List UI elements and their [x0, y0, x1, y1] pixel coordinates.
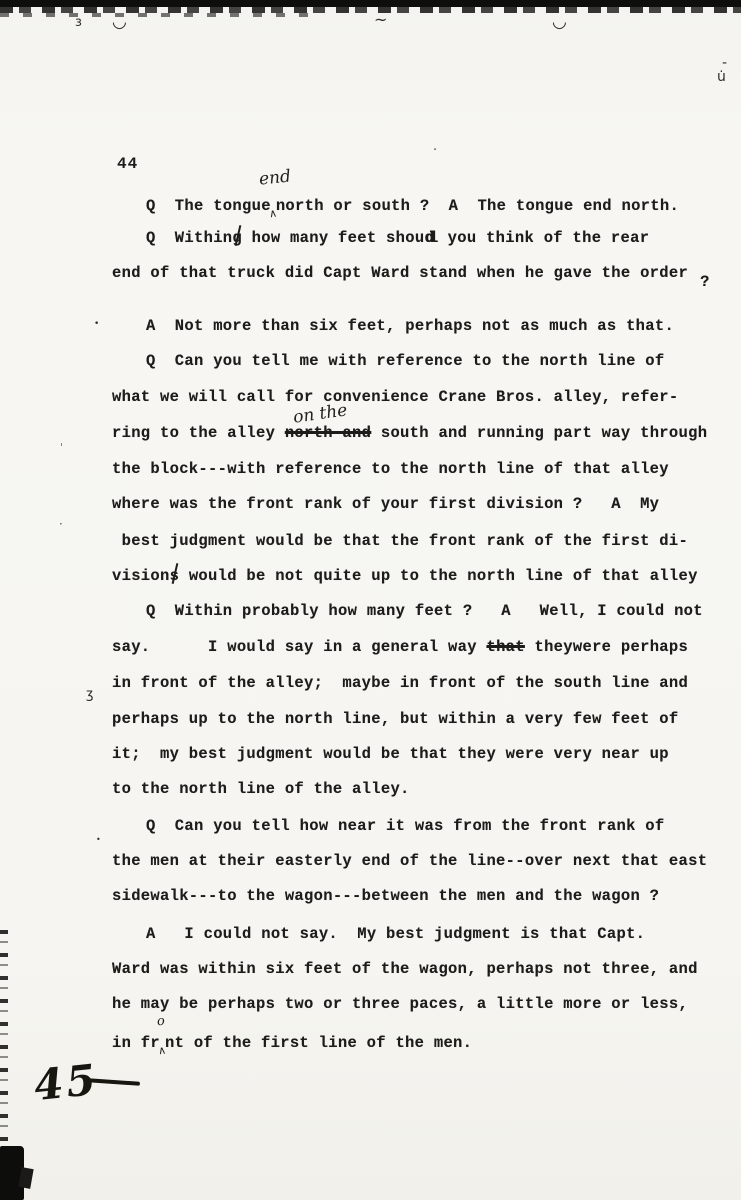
typed-text: Q The tongue	[146, 197, 271, 215]
typed-text: what we will call for convenience Crane …	[112, 388, 679, 406]
top-edge-smudge: ɜ	[75, 16, 82, 29]
stray-dot: ·	[433, 144, 437, 157]
typed-line: in front of the alley; maybe in front of…	[112, 673, 688, 693]
typed-line: the men at their easterly end of the lin…	[112, 851, 707, 871]
typed-text: south and running part way through	[371, 424, 707, 442]
typed-text: to the north line of the alley.	[112, 780, 410, 798]
typed-text: nt of the first line of the men.	[165, 1034, 472, 1052]
typed-line: Ward was within six feet of the wagon, p…	[112, 959, 698, 979]
handwritten-insertion: end∧	[271, 192, 276, 210]
struck-text-with-correction: north andon the	[285, 423, 371, 443]
typed-line: where was the front rank of your first d…	[112, 494, 659, 514]
typed-text: where was the front rank of your first d…	[112, 495, 659, 513]
top-edge-smudge: ◡	[552, 14, 567, 31]
edge-speck: ·	[59, 518, 63, 530]
handwritten-word: o	[156, 1012, 166, 1033]
typed-text: A I could not say. My best judgment is t…	[146, 925, 645, 943]
typed-line: Q Withing how many feet shoudl you think…	[146, 228, 649, 248]
corner-ink-blotch	[18, 1167, 33, 1189]
typed-line: say. I would say in a general way that t…	[112, 637, 688, 657]
typed-line: A I could not say. My best judgment is t…	[146, 924, 645, 944]
typed-text: he may be perhaps two or three paces, a …	[112, 995, 688, 1013]
handwritten-insertion: o∧	[160, 1029, 165, 1047]
typed-line: he may be perhaps two or three paces, a …	[112, 994, 688, 1014]
typed-line: Q The tongueend∧north or south ? A The t…	[146, 192, 679, 216]
typed-page-number: 44	[117, 155, 138, 173]
typed-line: in fro∧nt of the first line of the men.	[112, 1029, 472, 1053]
overstruck-text: dl	[424, 229, 432, 247]
typed-text: Q Within	[146, 229, 232, 247]
typed-line: best judgment would be that the front ra…	[112, 531, 688, 551]
handwritten-word: end	[258, 166, 292, 189]
typed-line: the block---with reference to the north …	[112, 459, 669, 479]
typed-text: Q Can you tell me with reference to the …	[146, 352, 664, 370]
margin-squiggle: ʒ	[86, 688, 94, 701]
margin-dot: •	[96, 836, 101, 844]
typed-line: Q Can you tell me with reference to the …	[146, 351, 664, 371]
typed-text: Ward was within six feet of the wagon, p…	[112, 960, 698, 978]
typed-text: perhaps up to the north line, but within…	[112, 710, 679, 728]
typed-line: ring to the alley north andon the south …	[112, 423, 707, 443]
typed-text: the block---with reference to the north …	[112, 460, 669, 478]
typed-text: would be not quite up to the north line …	[179, 567, 697, 585]
margin-dot: •	[94, 320, 99, 329]
typed-text: Q Can you tell how near it was from the …	[146, 817, 664, 835]
typed-text: best judgment would be that the front ra…	[112, 532, 688, 550]
typed-line: A Not more than six feet, perhaps not as…	[146, 316, 674, 336]
torn-paper-edge	[0, 0, 741, 7]
typed-text: end of that truck did Capt Ward stand wh…	[112, 264, 688, 282]
typed-text: in fr	[112, 1034, 160, 1052]
typed-line: to the north line of the alley.	[112, 779, 410, 799]
right-edge-dash: -	[722, 56, 727, 70]
struck-character: s	[170, 566, 180, 586]
typed-text: say. I would say in a general way	[112, 638, 486, 656]
struck-character: g	[232, 228, 242, 248]
typed-line: Q Can you tell how near it was from the …	[146, 816, 664, 836]
typed-text: the men at their easterly end of the lin…	[112, 852, 707, 870]
typed-text: it; my best judgment would be that they …	[112, 745, 669, 763]
typed-question-mark: ?	[700, 273, 710, 291]
typed-line: sidewalk---to the wagon---between the me…	[112, 886, 659, 906]
typed-text: in front of the alley; maybe in front of…	[112, 674, 688, 692]
typed-line: Q Within probably how many feet ? A Well…	[146, 601, 703, 621]
typed-line: what we will call for convenience Crane …	[112, 387, 679, 407]
right-edge-curl: u̇	[717, 70, 726, 84]
typed-line: visions would be not quite up to the nor…	[112, 566, 698, 586]
top-edge-smudge: ◡	[112, 14, 127, 31]
typed-line: end of that truck did Capt Ward stand wh…	[112, 263, 710, 283]
typed-text: sidewalk---to the wagon---between the me…	[112, 887, 659, 905]
typed-text: north or south ? A The tongue end north.	[276, 197, 679, 215]
typed-text: vision	[112, 567, 170, 585]
handwritten-page-number: 45	[32, 1055, 101, 1110]
typed-line: it; my best judgment would be that they …	[112, 744, 669, 764]
edge-speck: ˈ	[60, 442, 63, 453]
typed-line: perhaps up to the north line, but within…	[112, 709, 679, 729]
struck-text: that	[486, 638, 524, 656]
typed-text: you think of the rear	[438, 229, 649, 247]
typed-text: Q Within probably how many feet ? A Well…	[146, 602, 703, 620]
top-edge-smudge: ~	[374, 12, 387, 28]
typed-text: how many feet shou	[242, 229, 424, 247]
typed-text: theywere perhaps	[525, 638, 688, 656]
typed-text: A Not more than six feet, perhaps not as…	[146, 317, 674, 335]
typed-text: ring to the alley	[112, 424, 285, 442]
scanned-page: 44 Q The tongueend∧north or south ? A Th…	[0, 0, 741, 1200]
